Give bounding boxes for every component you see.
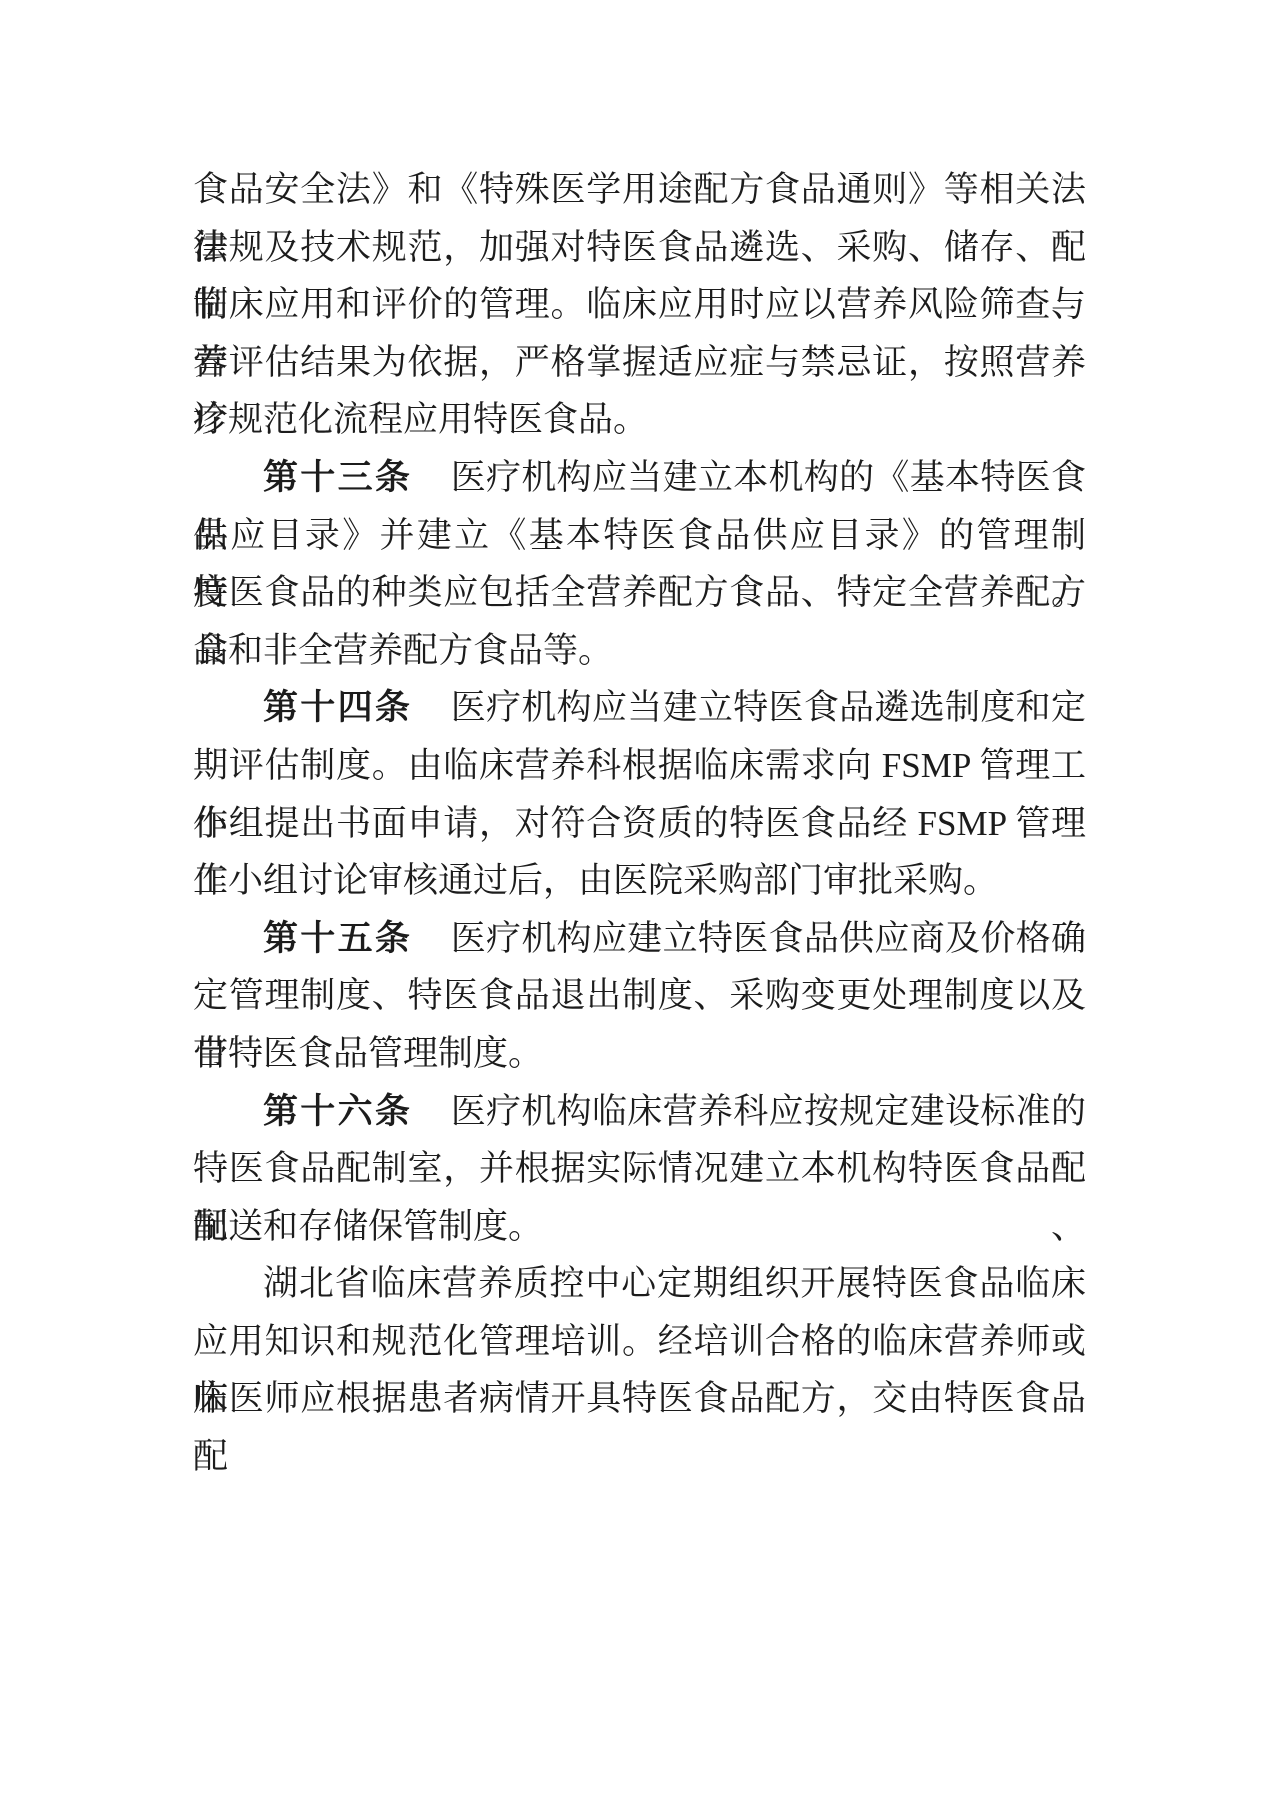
article-number: 第十四条 [263, 688, 412, 727]
text-line: 临床应用和评价的管理。临床应用时应以营养风险筛查与营 [193, 276, 1086, 334]
line-text: 作小组讨论审核通过后，由医院采购部门审批采购。 [193, 861, 998, 900]
text-line: 床医师应根据患者病情开具特医食品配方，交由特医食品配 [193, 1370, 1086, 1428]
text-line: 疗规范化流程应用特医食品。 [193, 391, 1086, 449]
document-page: 食品安全法》和《特殊医学用途配方食品通则》等相关法律法规及技术规范，加强对特医食… [0, 0, 1279, 1809]
text-line: 湖北省临床营养质控中心定期组织开展特医食品临床 [193, 1255, 1086, 1313]
text-line: 第十四条医疗机构应当建立特医食品遴选制度和定 [193, 679, 1086, 737]
text-line: 特医食品配制室，并根据实际情况建立本机构特医食品配制、 [193, 1140, 1086, 1198]
line-text: 医疗机构应建立特医食品供应商及价格确 [451, 919, 1086, 958]
line-text: 床医师应根据患者病情开具特医食品配方，交由特医食品配 [193, 1379, 1086, 1476]
line-text: 医疗机构临床营养科应按规定建设标准的 [451, 1092, 1086, 1131]
line-text: 疗规范化流程应用特医食品。 [193, 400, 648, 439]
text-line: 定管理制度、特医食品退出制度、采购变更处理制度以及自 [193, 967, 1086, 1025]
text-line: 养评估结果为依据，严格掌握适应症与禁忌证，按照营养诊 [193, 334, 1086, 392]
text-line: 小组提出书面申请，对符合资质的特医食品经 FSMP 管理工 [193, 795, 1086, 853]
article-number: 第十三条 [263, 458, 412, 497]
text-line: 带特医食品管理制度。 [193, 1025, 1086, 1083]
text-line: 法规及技术规范，加强对特医食品遴选、采购、储存、配制、 [193, 219, 1086, 277]
text-line: 第十五条医疗机构应建立特医食品供应商及价格确 [193, 910, 1086, 968]
text-line: 第十三条医疗机构应当建立本机构的《基本特医食品 [193, 449, 1086, 507]
document-body: 食品安全法》和《特殊医学用途配方食品通则》等相关法律法规及技术规范，加强对特医食… [193, 161, 1086, 1428]
text-line: 期评估制度。由临床营养科根据临床需求向 FSMP 管理工作 [193, 737, 1086, 795]
line-text: 带特医食品管理制度。 [193, 1034, 543, 1073]
line-text: 医疗机构应当建立特医食品遴选制度和定 [451, 688, 1086, 727]
text-line: 特医食品的种类应包括全营养配方食品、特定全营养配方食 [193, 564, 1086, 622]
line-text: 湖北省临床营养质控中心定期组织开展特医食品临床 [263, 1264, 1086, 1303]
text-line: 应用知识和规范化管理培训。经培训合格的临床营养师或临 [193, 1313, 1086, 1371]
text-line: 第十六条医疗机构临床营养科应按规定建设标准的 [193, 1083, 1086, 1141]
text-line: 供应目录》并建立《基本特医食品供应目录》的管理制度。 [193, 507, 1086, 565]
line-text: 配送和存储保管制度。 [193, 1207, 543, 1246]
text-line: 作小组讨论审核通过后，由医院采购部门审批采购。 [193, 852, 1086, 910]
line-text: 品和非全营养配方食品等。 [193, 631, 613, 670]
article-number: 第十五条 [263, 919, 412, 958]
text-line: 食品安全法》和《特殊医学用途配方食品通则》等相关法律 [193, 161, 1086, 219]
text-line: 品和非全营养配方食品等。 [193, 622, 1086, 680]
article-number: 第十六条 [263, 1092, 412, 1131]
